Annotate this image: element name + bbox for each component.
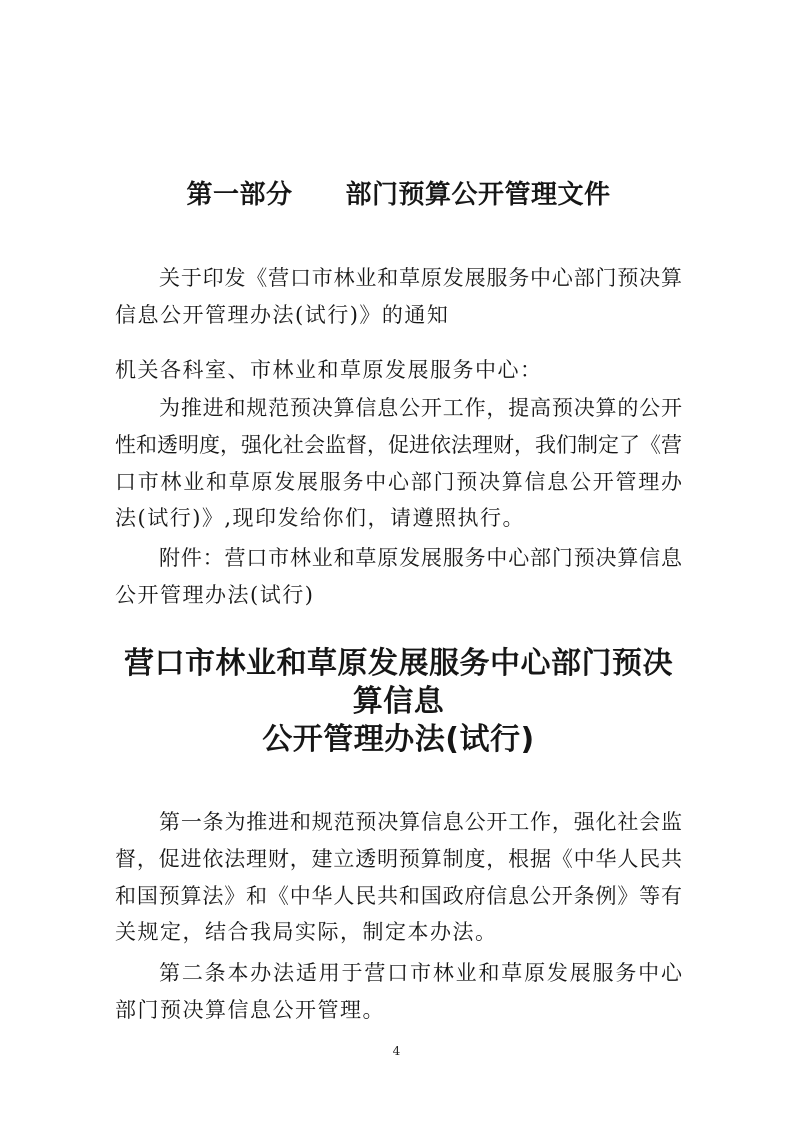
article-1-line: 关规定，结合我局实际，制定本办法。 [115, 914, 682, 951]
article-2-line: 部门预决算信息公开管理。 [115, 992, 682, 1029]
article-2-paragraph: 第二条本办法适用于营口市林业和草原发展服务中心 部门预决算信息公开管理。 [115, 955, 682, 1029]
notice-body-line: 口市林业和草原发展服务中心部门预决算信息公开管理办 [115, 464, 682, 501]
notice-body-paragraph: 为推进和规范预决算信息公开工作，提高预决算的公开 性和透明度，强化社会监督，促进… [115, 390, 682, 537]
measures-title-line: 营口市林业和草原发展服务中心部门预决 [115, 645, 682, 683]
article-2-line: 第二条本办法适用于营口市林业和草原发展服务中心 [115, 955, 682, 992]
notice-body-line: 为推进和规范预决算信息公开工作，提高预决算的公开 [115, 390, 682, 427]
section-title: 第一部分 部门预算公开管理文件 [115, 180, 682, 210]
salutation-line: 机关各科室、市林业和草原发展服务中心： [115, 352, 682, 389]
notice-title-line: 信息公开管理办法(试行)》的通知 [115, 297, 682, 334]
document-page: 第一部分 部门预算公开管理文件 关于印发《营口市林业和草原发展服务中心部门预决算… [0, 0, 793, 1122]
notice-body-line: 性和透明度，强化社会监督，促进依法理财，我们制定了《营 [115, 427, 682, 464]
page-number: 4 [0, 1044, 793, 1058]
article-1-paragraph: 第一条为推进和规范预决算信息公开工作，强化社会监 督，促进依法理财，建立透明预算… [115, 804, 682, 951]
article-1-line: 督，促进依法理财，建立透明预算制度，根据《中华人民共 [115, 841, 682, 878]
salutation-paragraph: 机关各科室、市林业和草原发展服务中心： [115, 352, 682, 389]
measures-title: 营口市林业和草原发展服务中心部门预决 算信息 公开管理办法(试行) [115, 645, 682, 759]
notice-body-line: 法(试行)》,现印发给你们，请遵照执行。 [115, 500, 682, 537]
attachment-line: 公开管理办法(试行) [115, 577, 682, 614]
measures-title-line: 算信息 [115, 683, 682, 721]
article-1-line: 和国预算法》和《中华人民共和国政府信息公开条例》等有 [115, 878, 682, 915]
attachment-line: 附件：营口市林业和草原发展服务中心部门预决算信息 [115, 540, 682, 577]
article-1-line: 第一条为推进和规范预决算信息公开工作，强化社会监 [115, 804, 682, 841]
measures-title-line: 公开管理办法(试行) [115, 721, 682, 759]
notice-title-paragraph: 关于印发《营口市林业和草原发展服务中心部门预决算 信息公开管理办法(试行)》的通… [115, 260, 682, 334]
notice-title-line: 关于印发《营口市林业和草原发展服务中心部门预决算 [115, 260, 682, 297]
attachment-paragraph: 附件：营口市林业和草原发展服务中心部门预决算信息 公开管理办法(试行) [115, 540, 682, 614]
